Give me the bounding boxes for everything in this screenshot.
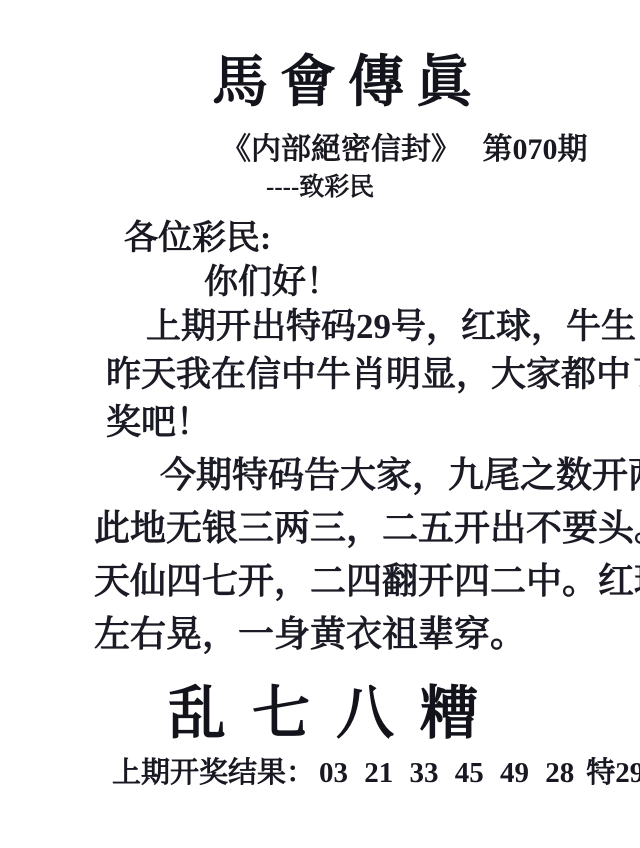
paragraph-current-tip: 今期特码告大家，九尾之数开两边。 此地无银三两三，二五开出不要头。美若 天仙四七… [94,449,640,661]
issue-number: 第070期 [483,124,588,168]
paragraph-line: 此地无银三两三，二五开出不要头。美若 [94,502,640,555]
slogan-text: 乱七八糟 [168,666,504,750]
paragraph-previous-draw: 上期开出特码29号，红球，牛生肖。 昨天我在信中牛肖明显，大家都中了大 奖吧！ [106,303,640,447]
greeting: 你们好！ [204,254,340,303]
paragraph-line: 天仙四七开，二四翻开四二中。红珠绿珠 [94,555,640,608]
fax-sheet: 馬會傳眞 《内部絕密信封》 第070期 ----致彩民 各位彩民: 你们好！ 上… [0,0,640,848]
previous-result-special: 特29 [586,750,640,791]
salutation: 各位彩民: [124,210,271,259]
paragraph-line: 上期开出特码29号，红球，牛生肖。 [106,303,640,351]
paragraph-line: 昨天我在信中牛肖明显，大家都中了大 [106,351,640,399]
previous-result-label: 上期开奖结果： [112,757,315,789]
paragraph-line: 今期特码告大家，九尾之数开两边。 [94,449,640,502]
issue-subtitle: 《内部絕密信封》 第070期 [221,124,588,168]
previous-result-numbers: 03 21 33 45 49 28 [319,757,574,790]
page-title: 馬會傳眞 [212,38,484,118]
paragraph-line: 左右晃，一身黄衣祖辈穿。 [94,608,640,661]
paragraph-line: 奖吧！ [106,399,640,447]
previous-result-line: 上期开奖结果：03 21 33 45 49 28特29 [112,750,640,791]
envelope-label: 《内部絕密信封》 [221,133,461,166]
dedication-line: ----致彩民 [266,167,374,203]
